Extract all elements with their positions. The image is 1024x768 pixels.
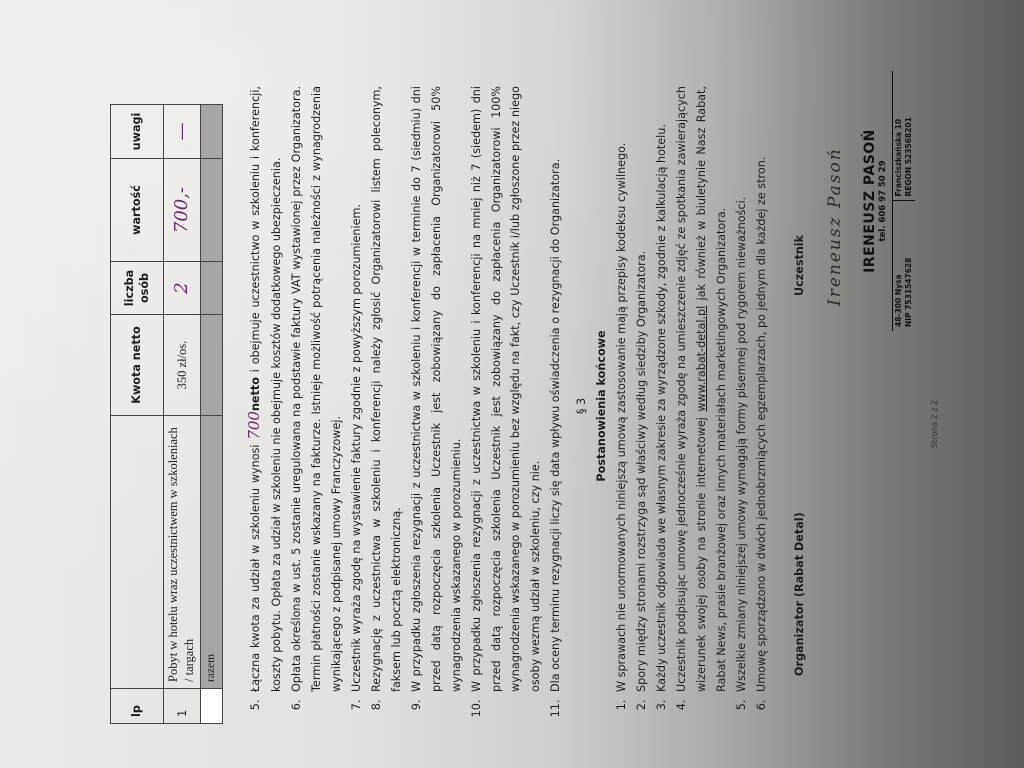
organizer-label: Organizator (Rabat Detal) [790,512,810,676]
services-table: lp Kwota netto liczba osób wartość uwagi… [110,104,223,724]
summary-label: razem [201,416,222,689]
final-provisions-list: W sprawach nie unormowanych niniejszą um… [612,86,772,726]
term-bold: netto [249,377,262,411]
term-item: Rezygnację z uczestnictwa w szkoleniu i … [367,86,407,696]
company-stamp: IRENEUSZ PASOŃ tel. 606 97 50 29 48-300 … [862,71,915,331]
header-uwagi: uwagi [111,105,164,159]
term-item: W przypadku zgłoszenia rezygnacji z ucze… [407,86,467,696]
header-wartosc: wartość [111,159,164,262]
header-liczba-osob: liczba osób [111,262,164,315]
cell-wartosc: 700,- [164,159,201,262]
stamp-right: Franciszkańska 10 REGON 523568201 [893,71,915,202]
provision-item: Każdy uczestnik odpowiada we własnym zak… [652,86,672,696]
handwritten-amount: 700 [245,411,263,440]
term-text: Łączna kwota za udział w szkoleniu wynos… [249,440,262,692]
cell-uwagi: — [164,105,201,159]
summary-wartosc [201,159,222,262]
cell-description: Pobyt w hotelu wraz uczestnictwem w szko… [164,416,201,689]
term-item: Dla oceny terminu rezygnacji liczy się d… [546,86,566,696]
header-lp: lp [111,689,164,724]
section-title: Postanowienia końcowe [592,86,612,726]
stamp-phone: tel. 606 97 50 29 [878,71,889,331]
provision-item: Wszelkie zmiany niniejszej umowy wymagaj… [732,86,752,696]
page-footer: Strona 2 z 2 [928,104,942,744]
provision-item: Umowę sporządzono w dwóch jednobrzmiącyc… [752,86,772,696]
signature-area: Organizator (Rabat Detal) Uczestnik Iren… [790,86,910,726]
stamp-details: 48-300 Nysa NIP 7531547628 Franciszkańsk… [892,71,915,331]
provision-item: W sprawach nie unormowanych niniejszą um… [612,86,632,696]
summary-osoby [201,262,222,315]
table-header-row: lp Kwota netto liczba osób wartość uwagi [111,105,164,724]
provision-item: Uczestnik podpisując umowę jednocześnie … [672,86,732,696]
term-item: Uczestnik wyraża zgodę na wystawienie fa… [347,86,367,696]
cell-liczba-osob: 2 [164,262,201,315]
stamp-city: 48-300 Nysa [894,274,903,327]
participant-signature: Ireneusz Pasoń [820,147,850,306]
cell-lp: 1 [164,689,201,724]
stamp-left: 48-300 Nysa NIP 7531547628 [893,202,915,332]
website-link[interactable]: www.rabat-detal.pl [695,306,708,412]
stamp-street: Franciszkańska 10 [894,119,903,197]
cell-kwota-netto: 350 zł/os. [164,315,201,416]
term-item: W przypadku zgłoszenia rezygnacji z ucze… [467,86,547,696]
stamp-name: IRENEUSZ PASOŃ [862,71,879,331]
summary-kwota [201,315,222,416]
section-number: § 3 [572,86,592,726]
term-item: Opłata określona w ust. 5 zostanie uregu… [287,86,347,696]
stamp-nip: NIP 7531547628 [904,258,913,327]
terms-list: Łączna kwota za udział w szkoleniu wynos… [241,86,567,726]
summary-uwagi [201,105,222,159]
summary-row: razem [201,105,222,724]
table-row: 1 Pobyt w hotelu wraz uczestnictwem w sz… [164,105,201,724]
header-kwota-netto: Kwota netto [111,315,164,416]
stamp-regon: REGON 523568201 [904,117,913,196]
participant-label: Uczestnik [790,235,810,296]
summary-lp [201,689,222,724]
term-item: Łączna kwota za udział w szkoleniu wynos… [241,86,288,696]
header-description [111,416,164,689]
provision-item: Spory między stronami rozstrzyga sąd wła… [632,86,652,696]
document-page: lp Kwota netto liczba osób wartość uwagi… [48,24,968,744]
